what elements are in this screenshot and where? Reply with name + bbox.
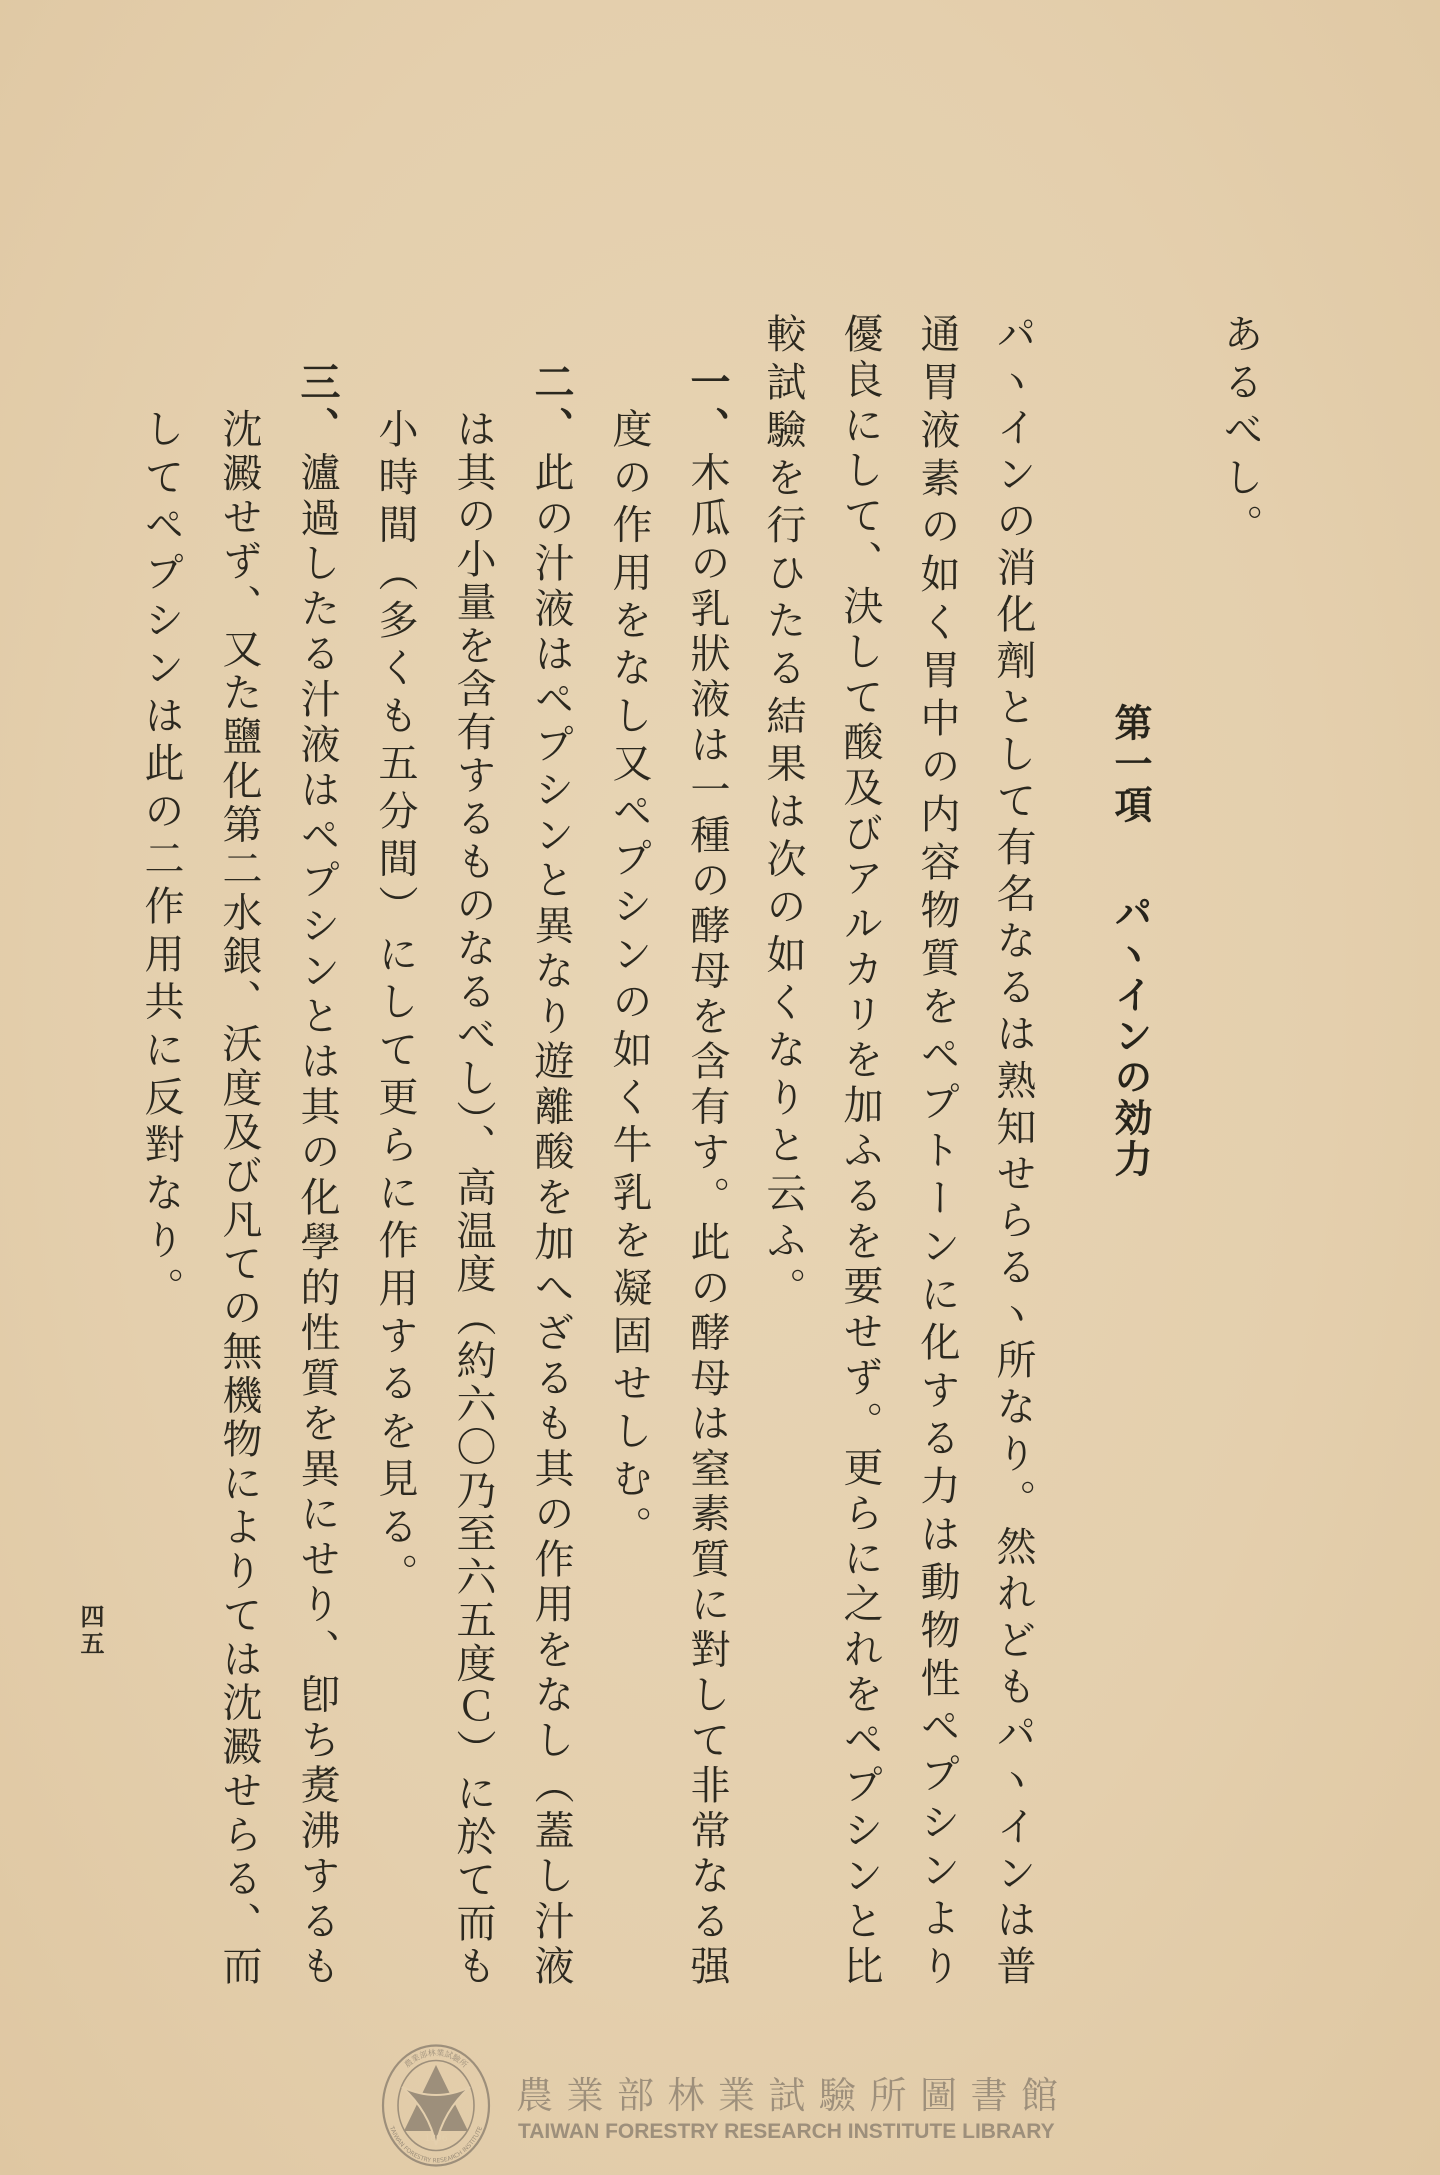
text-line: 優良にして、決して酸及びアルカリを加ふるを要せず。更らに之れをペプシンと比	[836, 313, 884, 1985]
logo-year: 1896	[425, 2134, 448, 2144]
library-logo-icon: 1896 農業部林業試驗所 TAIWAN FORESTRY RESEARCH I…	[381, 2043, 491, 2168]
continuation-text: あるべし。	[1216, 313, 1264, 552]
text-line: 較試驗を行ひたる結果は次の如くなりと云ふ。	[759, 313, 807, 1315]
list-marker: 一、	[684, 361, 731, 452]
text-line: 度の作用をなし又ペプシンの如く牛乳を凝固せしむ。	[605, 408, 653, 1553]
text-line: は其の小量を含有するものなるべし）、高温度（約六〇乃至六五度Ｃ）に於て而も	[449, 408, 497, 1985]
list-marker: 三、	[294, 361, 341, 452]
list-marker: 二、	[528, 361, 575, 452]
text-line: 此の汁液はペプシンと異なり遊離酸を加へざるも其の作用をなし（蓋し汁液	[528, 452, 574, 1986]
text-line: 沈澱せず、又た鹽化第二水銀、沃度及び凡ての無機物によりては沈澱せらる、而	[215, 408, 263, 1985]
library-name-english: TAIWAN FORESTRY RESEARCH INSTITUTE LIBRA…	[518, 2121, 1055, 2142]
section-number: 第一項	[1106, 703, 1154, 826]
text-line: パヽインの消化劑として有名なるは熟知せらるヽ所なり。然れどもパヽインは普	[989, 313, 1037, 1985]
text-line: 瀘過したる汁液はペプシンとは其の化學的性質を異にせり、卽ち煑沸するも	[294, 452, 340, 1986]
page-number: 四五	[76, 1604, 104, 1658]
list-item-3: 三、瀘過したる汁液はペプシンとは其の化學的性質を異にせり、卽ち煑沸するも	[293, 361, 341, 1985]
list-item-1: 一、木瓜の乳狀液は一種の酵母を含有す。此の酵母は窒素質に對して非常なる强	[683, 361, 731, 1985]
list-item-2: 二、此の汁液はペプシンと異なり遊離酸を加へざるも其の作用をなし（蓋し汁液	[527, 361, 575, 1985]
library-name-chinese: 農業部林業試驗所圖書館	[516, 2076, 1072, 2116]
text-line: してペプシンは此の二作用共に反對なり。	[137, 408, 185, 1314]
section-title: パヽインの効力	[1106, 893, 1154, 1180]
text-line: 木瓜の乳狀液は一種の酵母を含有す。此の酵母は窒素質に對して非常なる强	[684, 452, 730, 1986]
document-page: あるべし。 第一項 パヽインの効力 パヽインの消化劑として有名なるは熟知せらるヽ…	[0, 0, 1440, 2175]
text-line: 小時間（多くも五分間）にして更らに作用するを見る。	[371, 408, 419, 1601]
text-line: 通胃液素の如く胃中の内容物質をペプトーンに化する力は動物性ペプシンより	[913, 313, 961, 1985]
